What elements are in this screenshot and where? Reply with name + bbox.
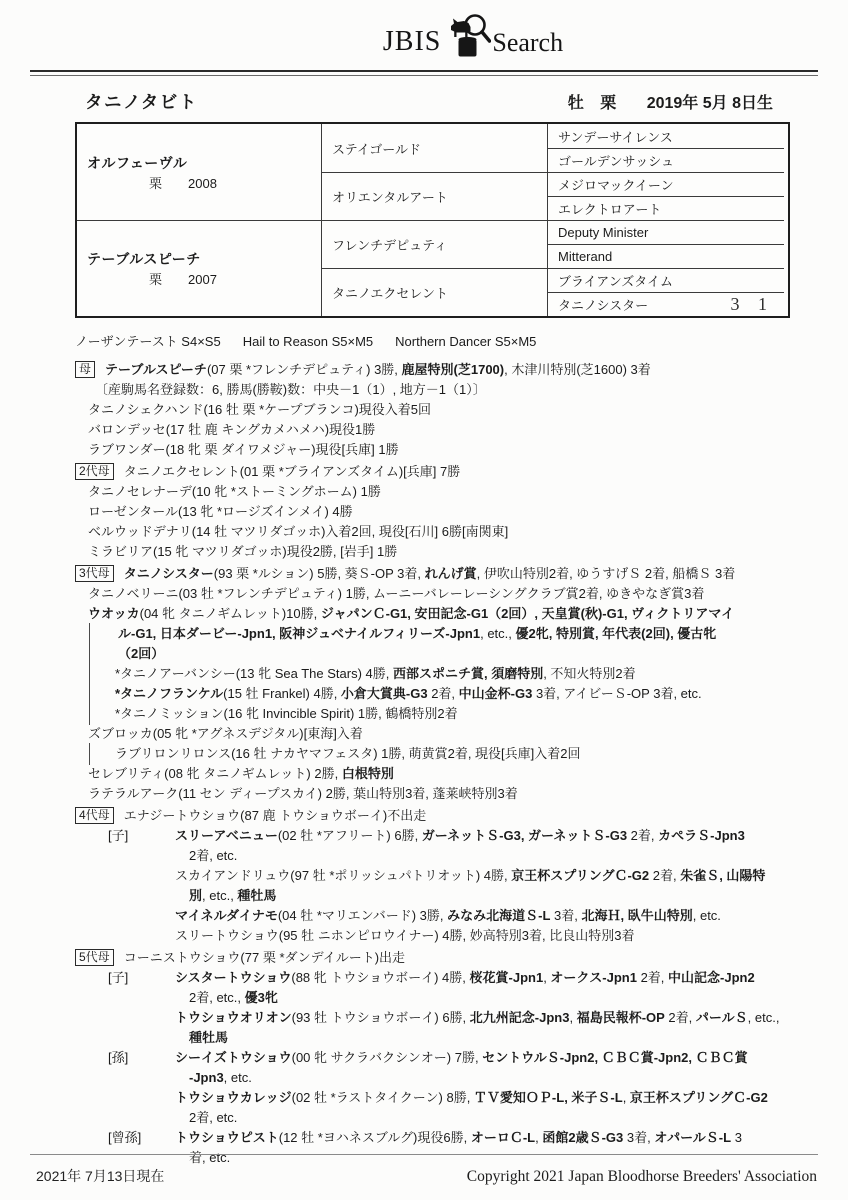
sire-name: オルフェーヴル [87, 153, 187, 173]
page-number-mark: 3 1 [731, 294, 775, 315]
pedigree-line: スカイアンドリュウ(97 牡 *ポリッシュパトリオット) 4勝, 京王杯スプリン… [75, 866, 790, 886]
generation-label: 4代母 [75, 807, 114, 824]
pedigree-line: タニノセレナーデ(10 牝 *ストーミングホーム) 1勝 [75, 482, 790, 502]
horse-sex-coat-birth: 牡 栗 2019年 5月 8日生 [568, 90, 773, 113]
horse-birthdate: 2019年 5月 8日生 [647, 95, 773, 112]
sire-coat-year: 栗2008 [87, 173, 217, 192]
pedigree-line: ラテラルアーク(11 セン ディープスカイ) 2勝, 葉山特別3着, 蓬莱峡特別… [75, 784, 790, 804]
pedigree-line: 2着, etc. [75, 1108, 790, 1128]
great-grandparent-cell: ゴールデンサッシュ [547, 148, 784, 172]
kinship-label: [曾孫] [108, 1128, 175, 1148]
kinship-label: [子] [108, 826, 175, 846]
pedigree-line: 4代母エナジートウショウ(87 鹿 トウショウボーイ)不出走 [75, 806, 790, 826]
pedigree-line: タニノベリーニ(03 牡 *フレンチデピュティ) 1勝, ムーニーバレーレーシン… [75, 584, 790, 604]
pedigree-line: ラブリロンリロンス(16 牡 ナカヤマフェスタ) 1勝, 萌黄賞2着, 現役[兵… [75, 744, 790, 764]
pedigree-line: トウショウカレッジ(02 牡 *ラストタイクーン) 8勝, ＴＶ愛知ＯＰ-L, … [75, 1088, 790, 1108]
pedigree-line: タニノシェクハンド(16 牡 栗 *ケープブランコ)現役入着5回 [75, 400, 790, 420]
pedigree-line: マイネルダイナモ(04 牡 *マリエンバード) 3勝, みなみ北海道Ｓ-L 3着… [75, 906, 790, 926]
horse-coat: 栗 [600, 95, 616, 112]
pedigree-line: 着, etc. [75, 1148, 790, 1168]
pedigree-line: 〔産駒馬名登録数：6, 勝馬(勝鞍)数：中央－1（1）, 地方－1（1）〕 [75, 380, 790, 400]
great-grandparent-cell: サンデーサイレンス [547, 124, 784, 148]
pedigree-line: バロンデッセ(17 牡 鹿 キングカメハメハ)現役1勝 [75, 420, 790, 440]
pedigree-line: ウオッカ(04 牝 タニノギムレット)10勝, ジャパンＣ-G1, 安田記念-G… [75, 604, 790, 624]
pedigree-table: オルフェーヴル 栗2008 テーブルスピーチ 栗2007 ステイゴールド オリエ… [75, 122, 790, 318]
pedigree-line: 母テーブルスピーチ(07 栗 *フレンチデピュティ) 3勝, 鹿屋特別(芝170… [75, 360, 790, 380]
great-grandparent-cell: ブライアンズタイム [547, 268, 784, 292]
pedigree-line: [孫]シーイズトウショウ(00 牝 サクラバクシンオー) 7勝, セントウルＳ-… [75, 1048, 790, 1068]
great-grandparent-cell: メジロマックイーン [547, 172, 784, 196]
great-grandparent-cell: Deputy Minister [547, 220, 784, 244]
pedigree-line: *タニノミッション(16 牝 Invincible Spirit) 1勝, 鶴橋… [75, 704, 790, 724]
logo-text-jbis: JBIS [383, 27, 441, 57]
pedigree-line: ミラビリア(15 牝 マツリダゴッホ)現役2勝, [岩手] 1勝 [75, 542, 790, 562]
generation-label: 2代母 [75, 463, 114, 480]
kinship-label: [子] [108, 968, 175, 988]
as-of-date: 2021年 7月13日現在 [36, 1166, 164, 1186]
generation-label: 母 [75, 361, 95, 378]
footer-divider [30, 1154, 818, 1155]
pedigree-line: セレブリティ(08 牝 タニノギムレット) 2勝, 白根特別 [75, 764, 790, 784]
horse-sex: 牡 [568, 95, 584, 112]
section-granddam: 2代母タニノエクセレント(01 栗 *ブライアンズタイム)[兵庫] 7勝タニノセ… [75, 462, 790, 562]
section-fourth-dam: 4代母エナジートウショウ(87 鹿 トウショウボーイ)不出走[子]スリーアベニュ… [75, 806, 790, 946]
inbreeding-item: Hail to Reason S5×M5 [243, 334, 373, 349]
pedigree-line: [子]スリーアベニュー(02 牡 *アフリート) 6勝, ガーネットＳ-G3, … [75, 826, 790, 846]
pedigree-line: 3代母タニノシスター(93 栗 *ルション) 5勝, 葵Ｓ-OP 3着, れんげ… [75, 564, 790, 584]
logo-text-search: Search [492, 28, 563, 57]
dam-sire-cell: フレンチデピュティ [321, 220, 547, 268]
pedigree-line: ラブワンダー(18 牝 栗 ダイワメジャー)現役[兵庫] 1勝 [75, 440, 790, 460]
pedigree-line: *タニノアーバンシー(13 牝 Sea The Stars) 4勝, 西部スポニ… [75, 664, 790, 684]
dam-name: テーブルスピーチ [87, 249, 201, 269]
pedigree-line: ズブロッカ(05 牝 *アグネスデジタル)[東海]入着 [75, 724, 790, 744]
sire-cell: オルフェーヴル 栗2008 [77, 124, 321, 220]
generation-label: 3代母 [75, 565, 114, 582]
pedigree-line: ベルウッドデナリ(14 牡 マツリダゴッホ)入着2回, 現役[石川] 6勝[南関… [75, 522, 790, 542]
scan-page: JBIS Search タニノタビト 牡 栗 2019年 5月 8日生 オルフェ… [0, 0, 848, 1200]
pedigree-line: [子]シスタートウショウ(88 牝 トウショウボーイ) 4勝, 桜花賞-Jpn1… [75, 968, 790, 988]
great-grandparent-cell: エレクトロアート [547, 196, 784, 220]
pedigree-line: 種牡馬 [75, 1028, 790, 1048]
header: JBIS Search [0, 0, 848, 64]
dam-coat-year: 栗2007 [87, 269, 217, 288]
pedigree-line: [曾孫]トウショウピスト(12 牡 *ヨハネスブルグ)現役6勝, オーロＣ-L,… [75, 1128, 790, 1148]
pedigree-line: トウショウオリオン(93 牡 トウショウボーイ) 6勝, 北九州記念-Jpn3,… [75, 1008, 790, 1028]
pedigree-line: *タニノフランケル(15 牡 Frankel) 4勝, 小倉大賞典-G3 2着,… [75, 684, 790, 704]
sire-dam-cell: オリエンタルアート [321, 172, 547, 220]
pedigree-notes: 母テーブルスピーチ(07 栗 *フレンチデピュティ) 3勝, 鹿屋特別(芝170… [75, 360, 790, 1168]
section-fifth-dam: 5代母コーニストウショウ(77 栗 *ダンデイルート)出走[子]シスタートウショ… [75, 948, 790, 1168]
great-grandparent-name: タニノシスター [558, 295, 648, 314]
footer: 2021年 7月13日現在 Copyright 2021 Japan Blood… [36, 1166, 817, 1186]
pedigree-line: 2代母タニノエクセレント(01 栗 *ブライアンズタイム)[兵庫] 7勝 [75, 462, 790, 482]
horse-name: タニノタビト [75, 89, 198, 114]
pedigree-line: （2回） [75, 644, 790, 664]
great-grandparent-cell: Mitterand [547, 244, 784, 268]
pedigree-line: -Jpn3, etc. [75, 1068, 790, 1088]
pedigree-line: 2着, etc. [75, 846, 790, 866]
jbis-search-logo: JBIS Search [383, 14, 563, 57]
generation-label: 5代母 [75, 949, 114, 966]
inbreeding-item: ノーザンテースト S4×S5 [75, 334, 221, 349]
dam-cell: テーブルスピーチ 栗2007 [77, 220, 321, 316]
pedigree-line: 5代母コーニストウショウ(77 栗 *ダンデイルート)出走 [75, 948, 790, 968]
section-third-dam: 3代母タニノシスター(93 栗 *ルション) 5勝, 葵Ｓ-OP 3着, れんげ… [75, 564, 790, 804]
copyright-text: Copyright 2021 Japan Bloodhorse Breeders… [467, 1168, 817, 1186]
pedigree-line: ル-G1, 日本ダービー-Jpn1, 阪神ジュベナイルフィリーズ-Jpn1, e… [75, 624, 790, 644]
title-row: タニノタビト 牡 栗 2019年 5月 8日生 [75, 89, 773, 114]
inbreeding-line: ノーザンテースト S4×S5Hail to Reason S5×M5Northe… [75, 331, 773, 351]
great-grandparent-cell: タニノシスター 3 1 [547, 292, 784, 316]
pedigree-line: ローゼンタール(13 牝 *ロージズインメイ) 4勝 [75, 502, 790, 522]
pedigree-line: 別, etc., 種牡馬 [75, 886, 790, 906]
dam-dam-cell: タニノエクセレント [321, 268, 547, 316]
sire-sire-cell: ステイゴールド [321, 124, 547, 172]
section-dam: 母テーブルスピーチ(07 栗 *フレンチデピュティ) 3勝, 鹿屋特別(芝170… [75, 360, 790, 460]
kinship-label: [孫] [108, 1048, 175, 1068]
horse-magnifier-barrel-icon [444, 14, 491, 59]
pedigree-line: 2着, etc., 優3牝 [75, 988, 790, 1008]
header-divider [30, 70, 818, 76]
inbreeding-item: Northern Dancer S5×M5 [395, 334, 536, 349]
pedigree-line: スリートウショウ(95 牡 ニホンピロウイナー) 4勝, 妙高特別3着, 比良山… [75, 926, 790, 946]
